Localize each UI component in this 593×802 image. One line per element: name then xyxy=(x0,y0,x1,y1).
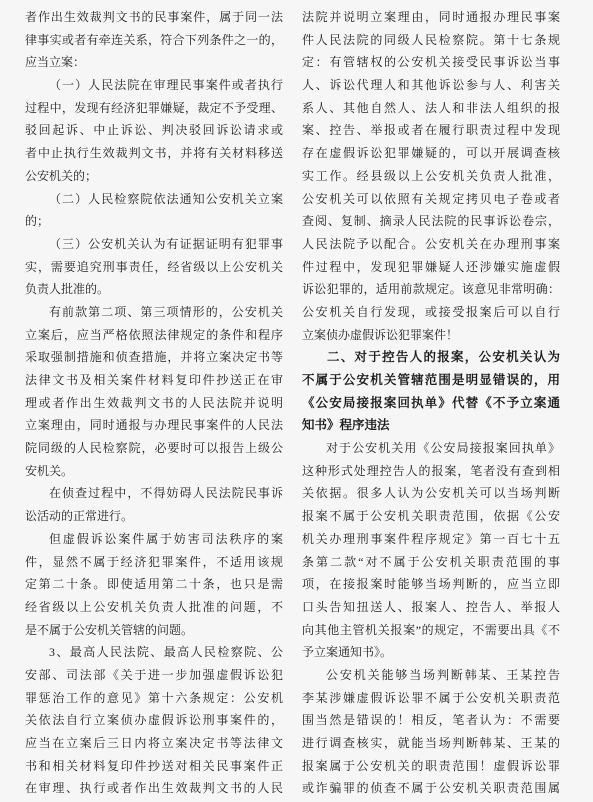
text-line: 或诈骗罪的侦查不属于公安机关职责范围属 xyxy=(302,777,560,800)
text-line: 应当在立案后三日内将立案决定书等法律文 xyxy=(25,732,283,755)
text-line: 围当然是错误的！相反，笔者认为：不需要 xyxy=(302,709,560,732)
text-line: 机关办理刑事案件程序规定》第一百七十五 xyxy=(302,528,560,551)
text-line: 查阅、复制、摘录人民法院的民事诉讼卷宗， xyxy=(302,210,560,233)
text-line: 这种形式处理控告人的报案，笔者没有查到相 xyxy=(302,460,560,483)
text-line: 者作出生效裁判文书的民事案件，属于同一法 xyxy=(25,6,283,29)
text-line: 应当立案： xyxy=(25,51,283,74)
text-line: 安机关。 xyxy=(25,460,283,483)
text-line: 件，显然不属于经济犯罪案件，不适用该规 xyxy=(25,551,283,574)
text-line: 定：有管辖权的公安机关接受民事诉讼当事 xyxy=(302,51,560,74)
text-line: 安部、司法部《关于进一步加强虚假诉讼犯 xyxy=(25,664,283,687)
text-line: 采取强制措施和侦查措施，并将立案决定书等 xyxy=(25,346,283,369)
heading-line: 二、对于控告人的报案，公安机关认为 xyxy=(302,346,560,369)
text-line: 予立案通知书》。 xyxy=(302,641,560,664)
text-line: 件人民法院的同级人民检察院。第十七条规 xyxy=(302,29,560,52)
article-page: 者作出生效裁判文书的民事案件，属于同一法律事实或者有牵连关系，符合下列条件之一的… xyxy=(0,0,593,800)
text-line: 法律文书及相关案件材料复印件抄送正在审 xyxy=(25,369,283,392)
text-line: 立案理由，同时通报与办理民事案件的人民法 xyxy=(25,414,283,437)
heading-line: 不属于公安机关管辖范围是明显错误的，用 xyxy=(302,369,560,392)
text-line: 公安机关能够当场判断韩某、王某控告 xyxy=(302,664,560,687)
text-line: 案、控告、举报或者在履行职责过程中发现 xyxy=(302,119,560,142)
text-line: （一）人民法院在审理民事案件或者执行 xyxy=(25,74,283,97)
text-line: （三）公安机关认为有证据证明有犯罪事 xyxy=(25,233,283,256)
text-line: 罪惩治工作的意见》第十六条规定：公安机 xyxy=(25,687,283,710)
text-line: 法院并说明立案理由，同时通报办理民事案 xyxy=(302,6,560,29)
text-line: 在侦查过程中，不得妨碍人民法院民事诉 xyxy=(25,482,283,505)
text-line: 是不属于公安机关管辖的问题。 xyxy=(25,619,283,642)
text-line: 报案属于公安机关的职责范围！虚假诉讼罪 xyxy=(302,755,560,778)
text-column-right: 法院并说明立案理由，同时通报办理民事案件人民法院的同级人民检察院。第十七条规定：… xyxy=(302,6,560,800)
text-line: 立案后，应当严格依照法律规定的条件和程序 xyxy=(25,324,283,347)
text-line: 驳回起诉、中止诉讼、判决驳回诉讼请求或 xyxy=(25,119,283,142)
text-line: 在审理、执行或者作出生效裁判文书的人民 xyxy=(25,777,283,800)
text-line: 报案不属于公安机关职责范围，依据《公安 xyxy=(302,505,560,528)
text-line: （二）人民检察院依法通知公安机关立案 xyxy=(25,188,283,211)
text-column-left: 者作出生效裁判文书的民事案件，属于同一法律事实或者有牵连关系，符合下列条件之一的… xyxy=(25,6,283,800)
text-line: 过程中，发现有经济犯罪嫌疑，裁定不予受理、 xyxy=(25,97,283,120)
text-line: 经省级以上公安机关负责人批准的问题，不 xyxy=(25,596,283,619)
text-line: 关依法自行立案侦办虚假诉讼刑事案件的， xyxy=(25,709,283,732)
text-line: 关依据。很多人认为公安机关可以当场判断 xyxy=(302,482,560,505)
text-line: 人、诉讼代理人和其他诉讼参与人、利害关 xyxy=(302,74,560,97)
text-line: 人民法院予以配合。公安机关在办理刑事案 xyxy=(302,233,560,256)
text-line: 书和相关材料复印件抄送对相关民事案件正 xyxy=(25,755,283,778)
text-line: 公安机关可以依照有关规定拷贝电子卷或者 xyxy=(302,188,560,211)
text-line: 实，需要追究刑事责任，经省级以上公安机关 xyxy=(25,256,283,279)
text-line: 条第二款“对不属于公安机关职责范围的事 xyxy=(302,551,560,574)
text-line: 李某涉嫌虚假诉讼罪不属于公安机关职责范 xyxy=(302,687,560,710)
text-line: 定第二十条。即使适用第二十条，也只是需 xyxy=(25,573,283,596)
text-line: 讼活动的正常进行。 xyxy=(25,505,283,528)
text-line: 向其他主管机关报案”的规定，不需要出具《不 xyxy=(302,619,560,642)
text-line: 理或者作出生效裁判文书的人民法院并说明 xyxy=(25,392,283,415)
text-line: 负责人批准的。 xyxy=(25,278,283,301)
text-line: 公安机关的； xyxy=(25,165,283,188)
text-line: 公安机关自行发现，或接受报案后可以自行 xyxy=(302,301,560,324)
text-line: 3、最高人民法院、最高人民检察院、公 xyxy=(25,641,283,664)
text-line: 件过程中，发现犯罪嫌疑人还涉嫌实施虚假 xyxy=(302,256,560,279)
text-line: 系人、其他自然人、法人和非法人组织的报 xyxy=(302,97,560,120)
text-line: 口头告知扭送人、报案人、控告人、举报人 xyxy=(302,596,560,619)
text-line: 立案侦办虚假诉讼犯罪案件！ xyxy=(302,324,560,347)
text-line: 存在虚假诉讼犯罪嫌疑的，可以开展调查核 xyxy=(302,142,560,165)
text-line: 律事实或者有牵连关系，符合下列条件之一的， xyxy=(25,29,283,52)
text-line: 进行调查核实，就能当场判断韩某、王某的 xyxy=(302,732,560,755)
text-line: 实工作。经县级以上公安机关负责人批准， xyxy=(302,165,560,188)
heading-line: 《公安局接报案回执单》代替《不予立案通 xyxy=(302,392,560,415)
text-line: 者中止执行生效裁判文书，并将有关材料移送 xyxy=(25,142,283,165)
text-line: 项，在接报案时能够当场判断的，应当立即 xyxy=(302,573,560,596)
text-line: 的； xyxy=(25,210,283,233)
text-line: 院同级的人民检察院，必要时可以报告上级公 xyxy=(25,437,283,460)
text-line: 但虚假诉讼案件属于妨害司法秩序的案 xyxy=(25,528,283,551)
heading-line: 知书》程序违法 xyxy=(302,414,560,437)
text-line: 有前款第二项、第三项情形的，公安机关 xyxy=(25,301,283,324)
text-line: 对于公安机关用《公安局接报案回执单》 xyxy=(302,437,560,460)
text-line: 诉讼犯罪的，适用前款规定。该意见非常明确： xyxy=(302,278,560,301)
